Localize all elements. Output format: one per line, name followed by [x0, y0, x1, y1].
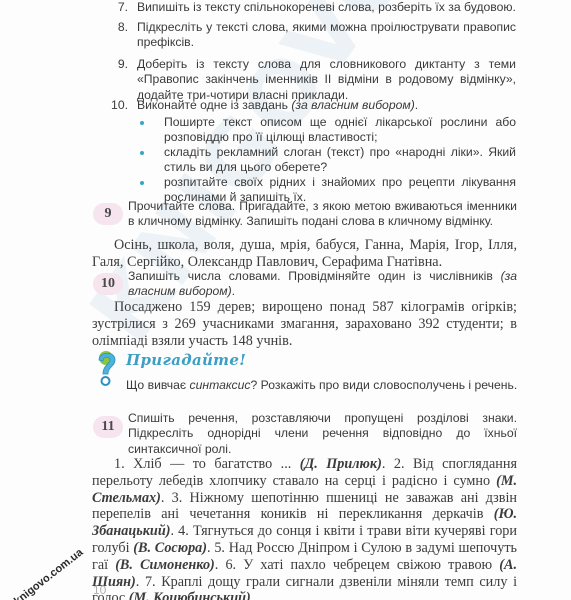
sentence-end: . [136, 574, 145, 590]
item-text: Підкресліть у тексті слова, якими можна … [137, 20, 516, 51]
bullet-text: Поширте текст описом ще однієї лікарсько… [164, 115, 516, 146]
bullet-text: складіть рекламний слоган (текст) про «н… [164, 145, 516, 176]
bullet-icon [140, 121, 144, 125]
sentence-text: 1. Хліб — то багатство ... [114, 456, 300, 472]
exercise-item-10: 10. Виконайте одне із завдань (за власни… [106, 98, 516, 113]
question-mark-icon [95, 350, 121, 390]
item-number: 10. [106, 98, 128, 113]
textbook-page: KNIGOVO.ORG.UA 7. Випишіть із тексту спі… [0, 0, 571, 600]
exercise-item-8: 8. Підкресліть у тексті слова, якими мож… [106, 20, 516, 51]
sentence-author: (Д. Прилюк) [300, 456, 382, 472]
item-number: 7. [106, 0, 128, 15]
remember-text-before: Що вивчає [126, 378, 190, 392]
remember-text: Що вивчає синтаксис? Розкажіть про види … [126, 378, 526, 393]
item-number: 8. [106, 20, 128, 35]
bullet-item: Поширте текст описом ще однієї лікарсько… [140, 115, 516, 146]
exercise-item-7: 7. Випишіть із тексту спільнокореневі сл… [106, 0, 516, 15]
item-text: Виконайте одне із завдань (за власним ви… [137, 98, 516, 113]
task-11-sentences: 1. Хліб — то багатство ... (Д. Прилюк). … [92, 456, 517, 600]
sentence-author: (М. Коцюбинський) [129, 590, 251, 600]
task-10-content: Посаджено 159 дерев; вирощено понад 587 … [92, 299, 517, 349]
task-9-content: Осінь, школа, воля, душа, мрія, бабуся, … [92, 237, 517, 271]
bullet-icon [140, 151, 144, 155]
sentence-author: (В. Сосюра) [133, 540, 207, 556]
task-10-instruction: Запишіть числа словами. Провідміняйте од… [128, 269, 517, 300]
watermark-small: knigovo.com.ua [12, 546, 85, 600]
sentence-end: . [251, 590, 255, 600]
exercise-item-9: 9. Доберіть із тексту слова для словнико… [106, 57, 516, 103]
task-11-instruction: Спишіть речення, розставляючи пропущені … [128, 411, 517, 457]
remember-text-after: ? Розкажіть про види словосполучень і ре… [251, 378, 518, 392]
bullet-icon [140, 181, 144, 185]
item-text-main: Виконайте одне із завдань [137, 98, 291, 112]
item-text-end: . [415, 98, 418, 112]
sentence-end: . [382, 456, 394, 472]
remember-title: Пригадайте! [126, 351, 246, 369]
sentence-author: (В. Симоненко) [115, 557, 215, 573]
instruction-text: Запишіть числа словами. Провідміняйте од… [128, 269, 501, 283]
task-9-instruction: Прочитайте слова. Пригадайте, з якою мет… [128, 199, 517, 230]
bullet-item: складіть рекламний слоган (текст) про «н… [140, 145, 516, 176]
page-number: 10 [93, 583, 106, 597]
remember-text-italic: синтаксис [190, 378, 251, 392]
item-text-italic: (за власним вибором) [291, 98, 414, 112]
item-text: Доберіть із тексту слова для словниковог… [137, 57, 516, 103]
item-text: Випишіть із тексту спільнокореневі слова… [137, 0, 516, 15]
sentence-end: . [161, 490, 172, 506]
sentence-end: . [215, 557, 226, 573]
instruction-end: . [232, 284, 235, 298]
sentence-end: . [170, 523, 178, 539]
task-number-badge: 9 [93, 203, 123, 225]
item-number: 9. [106, 57, 128, 72]
sentence-text: 6. У хаті пахло чебрецем свіжою травою [225, 557, 499, 573]
task-number-badge: 10 [93, 273, 123, 295]
task-number-badge: 11 [93, 416, 123, 438]
